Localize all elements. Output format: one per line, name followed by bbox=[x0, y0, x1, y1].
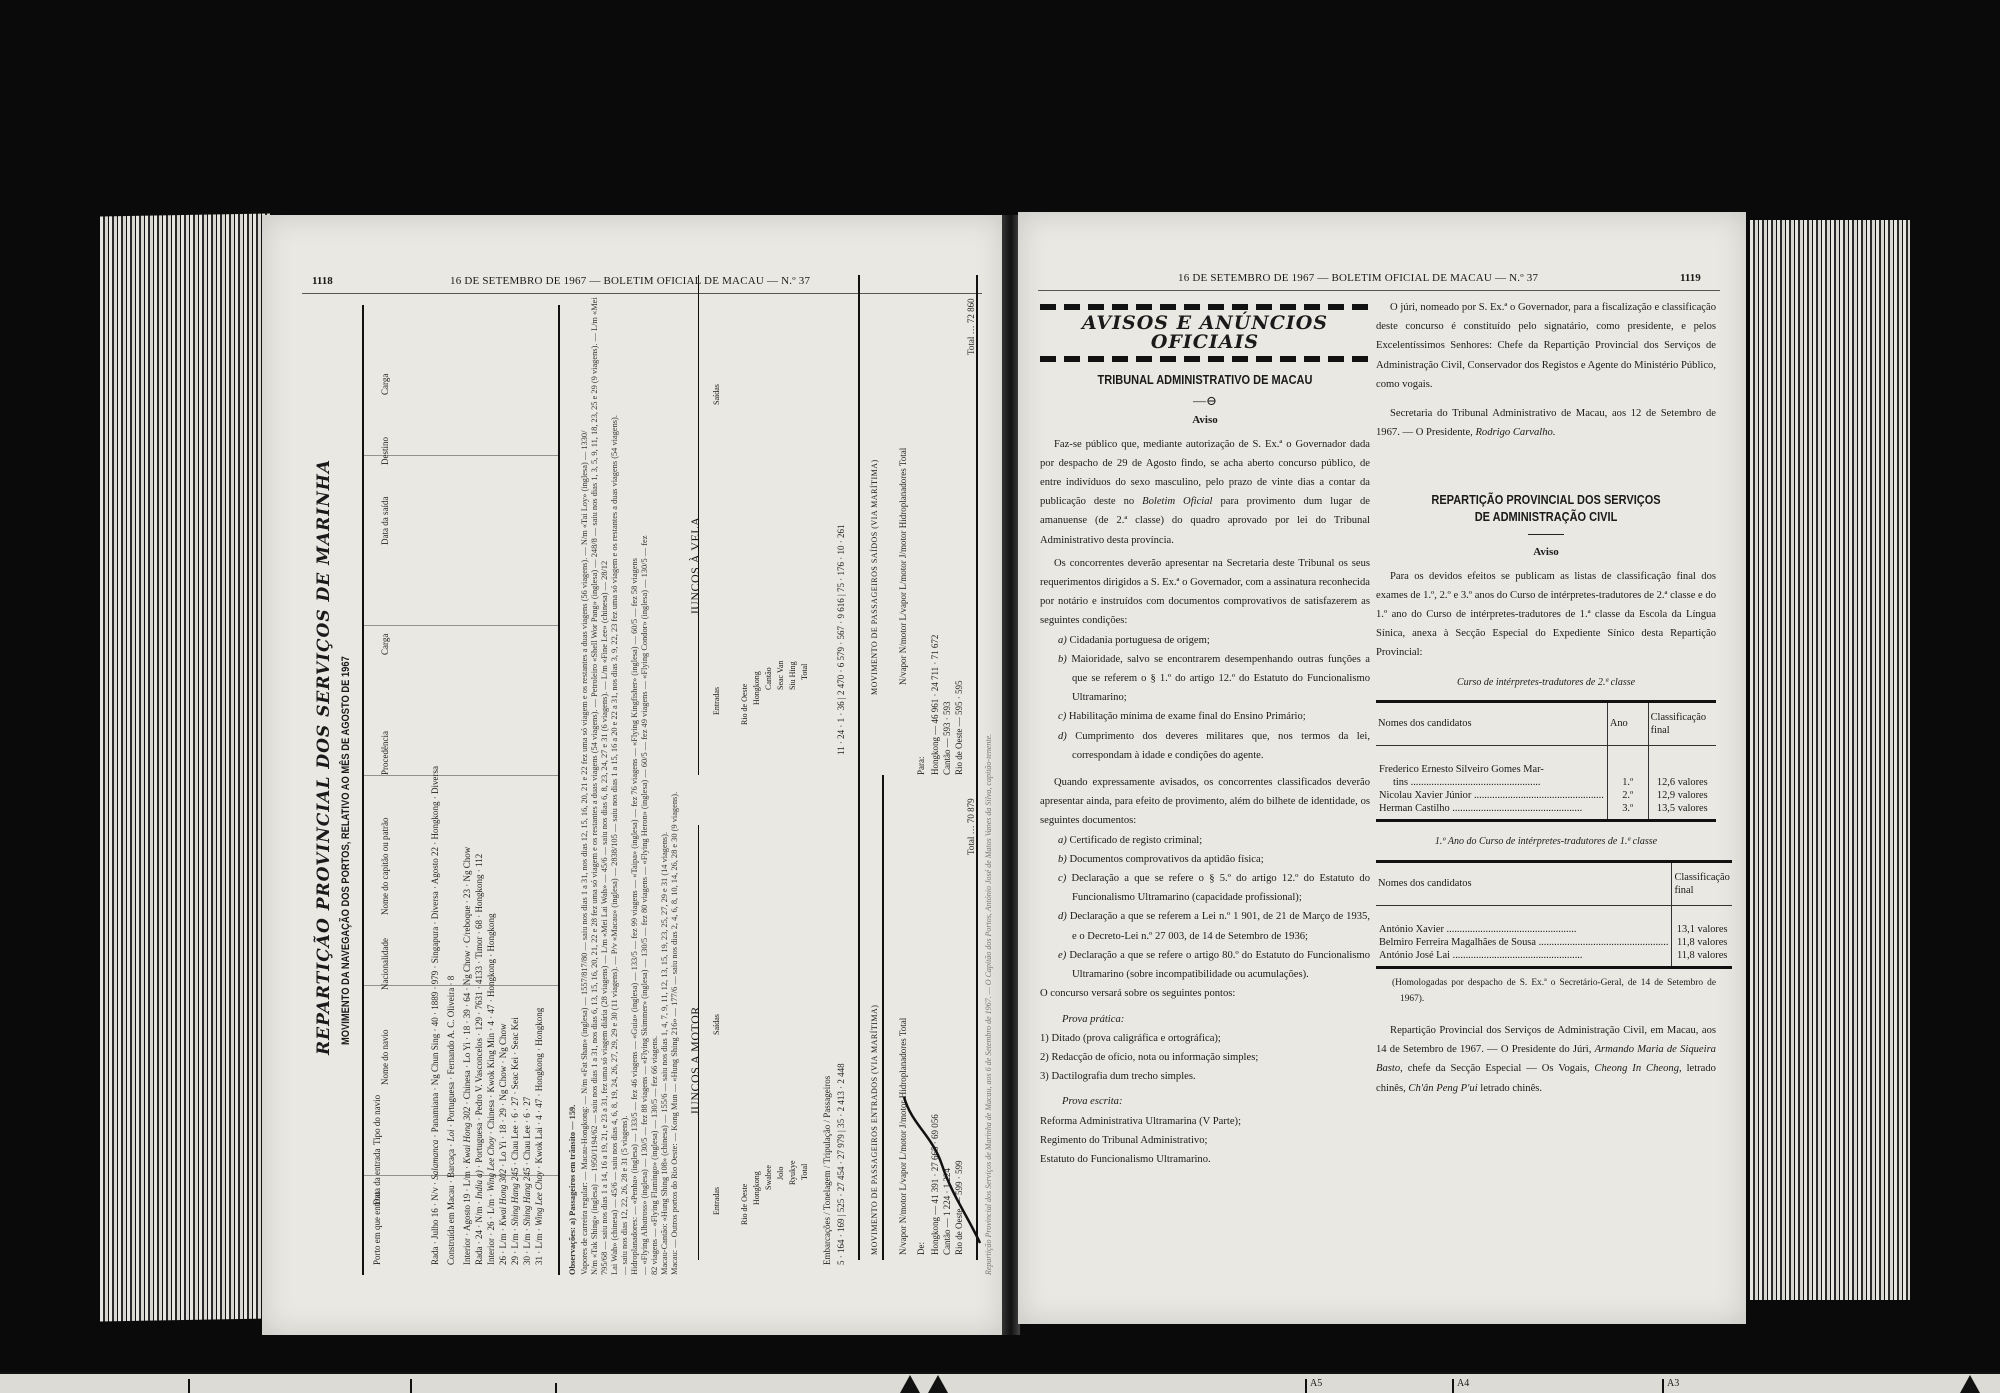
table-row: Rada · Julho 16 · N/v · Salamanca · Pana… bbox=[430, 766, 440, 1265]
classification-table-2nd-class: Nomes dos candidatos Ano Classificação f… bbox=[1376, 700, 1716, 823]
entradas-label: Entradas bbox=[712, 687, 721, 715]
book-right-edge bbox=[1750, 220, 1910, 1300]
column-left: AVISOS E ANÚNCIOS OFICIAIS TRIBUNAL ADMI… bbox=[1040, 298, 1370, 1169]
table-row: Nicolau Xavier Júnior ..................… bbox=[1376, 789, 1716, 802]
col-header-names: Nomes dos candidatos bbox=[1376, 701, 1607, 745]
col-ryukye: Ryukye bbox=[788, 1160, 797, 1185]
passengers-out-row: Rio de Oeste — 595 · 595 bbox=[954, 681, 964, 776]
col-header-procedencia: Procedência bbox=[380, 731, 390, 775]
film-mark: A5 bbox=[1310, 1378, 1322, 1389]
col-total: Total bbox=[800, 664, 809, 680]
film-tick bbox=[1305, 1379, 1307, 1393]
paragraph: Quando expressamente avisados, os concor… bbox=[1040, 773, 1370, 831]
section-title: REPARTIÇÃO PROVINCIAL DOS SERVIÇOS DE AD… bbox=[1396, 492, 1695, 526]
col-header-carga: Carga bbox=[380, 634, 390, 655]
col-header-tipo: Tipo do navio bbox=[372, 1095, 382, 1145]
film-tick bbox=[188, 1379, 190, 1393]
paragraph: Para os devidos efeitos se publicam as l… bbox=[1376, 567, 1716, 663]
col-header-saida: Data da saída bbox=[380, 497, 390, 545]
col-seac-van: Seac Van bbox=[776, 661, 785, 690]
col-siu-hing: Siu Hing bbox=[788, 661, 797, 690]
observations-line: Hidroplanadores: — «Penha» (inglesa) — 1… bbox=[630, 558, 640, 1275]
observations-line: Observações: a) Passageiros em trânsito … bbox=[568, 1105, 578, 1275]
table-row: 31 · L/m · Wing Lee Choy · Kwok Lai · 4 … bbox=[534, 1008, 544, 1265]
col-header-names: Nomes dos candidatos bbox=[1376, 861, 1672, 905]
col-swabee: Swabee bbox=[764, 1165, 773, 1190]
table-divider bbox=[362, 775, 558, 776]
film-mark: A3 bbox=[1667, 1378, 1679, 1389]
pen-mark bbox=[902, 1095, 982, 1245]
classification-table-1st-class: Nomes dos candidatos Classificação final… bbox=[1376, 860, 1732, 970]
film-arrow-icon bbox=[1960, 1375, 1980, 1393]
col-header-classification: Classificação final bbox=[1672, 861, 1732, 905]
observations-line: 82 viagens — «Flying Flamingo» (inglesa)… bbox=[650, 1036, 660, 1275]
film-arrow-icon bbox=[928, 1375, 948, 1393]
signature-paragraph: Secretaria do Tribunal Administrativo de… bbox=[1376, 404, 1716, 442]
paragraph: O júri, nomeado por S. Ex.ª o Governador… bbox=[1376, 298, 1716, 394]
passengers-out-row: Hongkong — 46 961 · 24 711 · 71 672 bbox=[930, 635, 940, 775]
banner-dashes-bottom bbox=[1040, 356, 1370, 362]
vela-entradas-values: 11 · 24 · 1 · 36 | 2 470 · 6 579 · 567 ·… bbox=[836, 524, 846, 755]
book-left-edge bbox=[100, 214, 270, 1322]
table-row: António Xavier .........................… bbox=[1376, 923, 1732, 936]
saidas-label: Saídas bbox=[712, 1014, 721, 1035]
aviso-heading: Aviso bbox=[1376, 543, 1716, 562]
observations-line: N/m «Tak Shing» (inglesa) — 1950/1194/62… bbox=[590, 297, 600, 1275]
right-page: 16 DE SETEMBRO DE 1967 — BOLETIM OFICIAL… bbox=[1018, 212, 1746, 1324]
film-tick bbox=[555, 1383, 557, 1393]
table-rule bbox=[882, 775, 884, 1260]
paragraph: Faz-se público que, mediante autorização… bbox=[1040, 435, 1370, 550]
col-header-classification: Classificação final bbox=[1648, 701, 1716, 745]
banner-dashes-top bbox=[1040, 304, 1370, 310]
table-caption: 1.º Ano do Curso de intérpretes-tradutor… bbox=[1376, 832, 1716, 851]
homologation-note: (Homologadas por despacho de S. Ex.ª o S… bbox=[1376, 975, 1716, 1007]
film-tick bbox=[410, 1379, 412, 1393]
observations-line: Lai Wah» (chinesa) — 45/6 — saiu nos dia… bbox=[610, 415, 620, 1275]
col-header-data: Data da entrada bbox=[372, 1149, 382, 1205]
col-total: Total bbox=[800, 1164, 809, 1180]
report-subtitle: MOVIMENTO DA NAVEGAÇÃO DOS PORTOS, RELAT… bbox=[340, 656, 352, 1045]
passengers-in-total: Total … 70 879 bbox=[966, 798, 976, 855]
saidas-label: Saídas bbox=[712, 384, 721, 405]
col-rio-oeste: Rio de Oeste bbox=[740, 1184, 749, 1225]
observations-line: Macau-Cantão: «Hung Shing 108» (chinesa)… bbox=[660, 832, 670, 1275]
column-right: O júri, nomeado por S. Ex.ª o Governador… bbox=[1376, 298, 1716, 1098]
col-rio-oeste: Rio de Oeste bbox=[740, 684, 749, 725]
table-row: Interior · Agosto 19 · L/m · Kwai Hong 3… bbox=[462, 847, 472, 1265]
col-header-destino: Destino bbox=[380, 437, 390, 465]
passengers-in-title: MOVIMENTO DE PASSAGEIROS ENTRADOS (VIA M… bbox=[870, 1005, 879, 1255]
signature-paragraph: Repartição Provincial dos Serviços de Ad… bbox=[1376, 1021, 1716, 1098]
table-row: Belmiro Ferreira Magalhães de Sousa ....… bbox=[1376, 936, 1732, 949]
passengers-out-row: Cantão — 593 · 593 bbox=[942, 702, 952, 776]
film-mark: A4 bbox=[1457, 1378, 1469, 1389]
report-title: REPARTIÇÃO PROVINCIAL DOS SERVIÇOS DE MA… bbox=[314, 459, 334, 1055]
film-strip: A5 A4 A3 bbox=[0, 1372, 2000, 1393]
observations-line: — saiu nos dias 12, 22, 26, 28 e 31 (5 v… bbox=[620, 1116, 630, 1275]
header-rule bbox=[1038, 290, 1720, 291]
col-cantao: Cantão bbox=[764, 667, 773, 690]
table-row: Rada · 24 · N/m · India a) · Portuguesa … bbox=[474, 854, 484, 1265]
film-arrow-icon bbox=[900, 1375, 920, 1393]
table-divider bbox=[362, 985, 558, 986]
table-row: 30 · L/m · Shing Hang 245 · Chau Lee · 6… bbox=[522, 1097, 532, 1265]
signature-line: Repartição Provincial dos Serviços de Ma… bbox=[984, 734, 993, 1275]
table-row: Construída em Macau · Barcaça · Loi · Po… bbox=[446, 976, 456, 1265]
table-border bbox=[362, 305, 364, 1275]
condition-item: a) Cidadania portuguesa de origem; bbox=[1040, 631, 1370, 650]
table-row: 29 · L/m · Shing Hang 245 · Chau Lee · 6… bbox=[510, 1017, 520, 1265]
prova-escrita-label: Prova escrita: bbox=[1040, 1092, 1370, 1111]
navigation-report: REPARTIÇÃO PROVINCIAL DOS SERVIÇOS DE MA… bbox=[262, 215, 1004, 1335]
film-tick bbox=[1452, 1379, 1454, 1393]
prova-pratica-label: Prova prática: bbox=[1040, 1010, 1370, 1029]
section-title: TRIBUNAL ADMINISTRATIVO DE MACAU bbox=[1060, 372, 1350, 389]
table-row: Herman Castilho ........................… bbox=[1376, 802, 1716, 821]
col-header-nac: Nacionalidade bbox=[380, 938, 390, 990]
prova-pratica-item: 1) Ditado (prova caligráfica e ortográfi… bbox=[1040, 1029, 1370, 1048]
prova-escrita-item: Estatuto do Funcionalismo Ultramarino. bbox=[1040, 1150, 1370, 1169]
aviso-heading: Aviso bbox=[1040, 411, 1370, 430]
observations-line: Vapores de carreira regular: — Macau-Hon… bbox=[580, 431, 590, 1275]
row-labels: Embarcações / Tonelagem / Tripulação / P… bbox=[822, 1076, 832, 1265]
passengers-out-title: MOVIMENTO DE PASSAGEIROS SAÍDOS (VIA MAR… bbox=[870, 459, 879, 695]
film-tick bbox=[1662, 1379, 1664, 1393]
passengers-out-row: Para: bbox=[916, 757, 926, 776]
running-head: 16 DE SETEMBRO DE 1967 — BOLETIM OFICIAL… bbox=[1178, 272, 1538, 284]
document-item: c) Declaração a que se refere o § 5.º do… bbox=[1040, 869, 1370, 907]
paragraph: Os concorrentes deverão apresentar na Se… bbox=[1040, 554, 1370, 631]
document-item: b) Documentos comprovativos da aptidão f… bbox=[1040, 850, 1370, 869]
entradas-label: Entradas bbox=[712, 1187, 721, 1215]
observations-line: Macau: — Outros portos do Rio Oeste: — K… bbox=[670, 792, 680, 1275]
document-item: e) Declaração a que se refere o artigo 8… bbox=[1040, 946, 1370, 984]
table-row: António José Lai .......................… bbox=[1376, 949, 1732, 968]
col-header-year: Ano bbox=[1607, 701, 1648, 745]
col-hongkong: Hongkong bbox=[752, 671, 761, 705]
passengers-out-columns: N/vapor N/motor L/vapor L/motor J/motor … bbox=[898, 448, 908, 685]
col-header-carga-saida: Carga bbox=[380, 374, 390, 395]
table-row: 26 · L/m · Kwai Hong 302 · Lo Yi · 18 · … bbox=[498, 1024, 508, 1265]
table-divider bbox=[362, 455, 558, 456]
observations-line: 795/68 — saiu nos dias 1 a 14, 16 a 19, … bbox=[600, 561, 610, 1275]
table-border bbox=[698, 825, 699, 1260]
banner-title: AVISOS E ANÚNCIOS OFICIAIS bbox=[1040, 314, 1370, 352]
table-border bbox=[698, 275, 699, 775]
table-row: Frederico Ernesto Silveiro Gomes Mar-tin… bbox=[1376, 763, 1716, 789]
divider bbox=[1528, 534, 1564, 535]
juncos-vela-title: JUNCOS À VELA bbox=[688, 517, 703, 615]
col-hongkong: Hongkong bbox=[752, 1171, 761, 1205]
juncos-motor-title: JUNCOS A MOTOR bbox=[688, 1006, 703, 1115]
condition-item: d) Cumprimento dos deveres militares que… bbox=[1040, 727, 1370, 765]
paragraph: O concurso versará sobre os seguintes po… bbox=[1040, 984, 1370, 1003]
table-border bbox=[558, 305, 560, 1275]
col-jolo: Jolo bbox=[776, 1167, 785, 1180]
observations-line: — «Flying Albatross» (inglesa) — 130/5 —… bbox=[640, 536, 650, 1275]
condition-item: c) Habilitação mínima de exame final do … bbox=[1040, 707, 1370, 726]
motor-entradas-values: 5 · 164 · 169 | 525 · 27 454 · 27 979 | … bbox=[836, 1063, 846, 1265]
page-number: 1119 bbox=[1680, 272, 1701, 284]
prova-escrita-item: Reforma Administrativa Ultramarina (V Pa… bbox=[1040, 1112, 1370, 1131]
table-row: Interior · 26 · L/m · Wing Lee Choy · Ch… bbox=[486, 913, 496, 1265]
col-header-nome: Nome do navio bbox=[380, 1030, 390, 1086]
document-item: d) Declaração a que se referem a Lei n.º… bbox=[1040, 907, 1370, 945]
passengers-out-total: Total … 72 860 bbox=[966, 298, 976, 355]
ornament-icon: —⊖ bbox=[1040, 393, 1370, 409]
prova-pratica-item: 2) Redacção de ofício, nota ou informaçã… bbox=[1040, 1048, 1370, 1067]
table-divider bbox=[362, 625, 558, 626]
table-caption: Curso de intérpretes-tradutores de 2.ª c… bbox=[1376, 673, 1716, 692]
left-page: 1118 16 DE SETEMBRO DE 1967 — BOLETIM OF… bbox=[262, 215, 1004, 1335]
banner: AVISOS E ANÚNCIOS OFICIAIS bbox=[1040, 304, 1370, 362]
document-item: a) Certificado de registo criminal; bbox=[1040, 831, 1370, 850]
col-header-capitao: Nome do capitão ou patrão bbox=[380, 818, 390, 915]
condition-item: b) Maioridade, salvo se encontrarem dese… bbox=[1040, 650, 1370, 708]
prova-pratica-item: 3) Dactilografia dum trecho simples. bbox=[1040, 1067, 1370, 1086]
prova-escrita-item: Regimento do Tribunal Administrativo; bbox=[1040, 1131, 1370, 1150]
table-rule bbox=[858, 275, 860, 1260]
